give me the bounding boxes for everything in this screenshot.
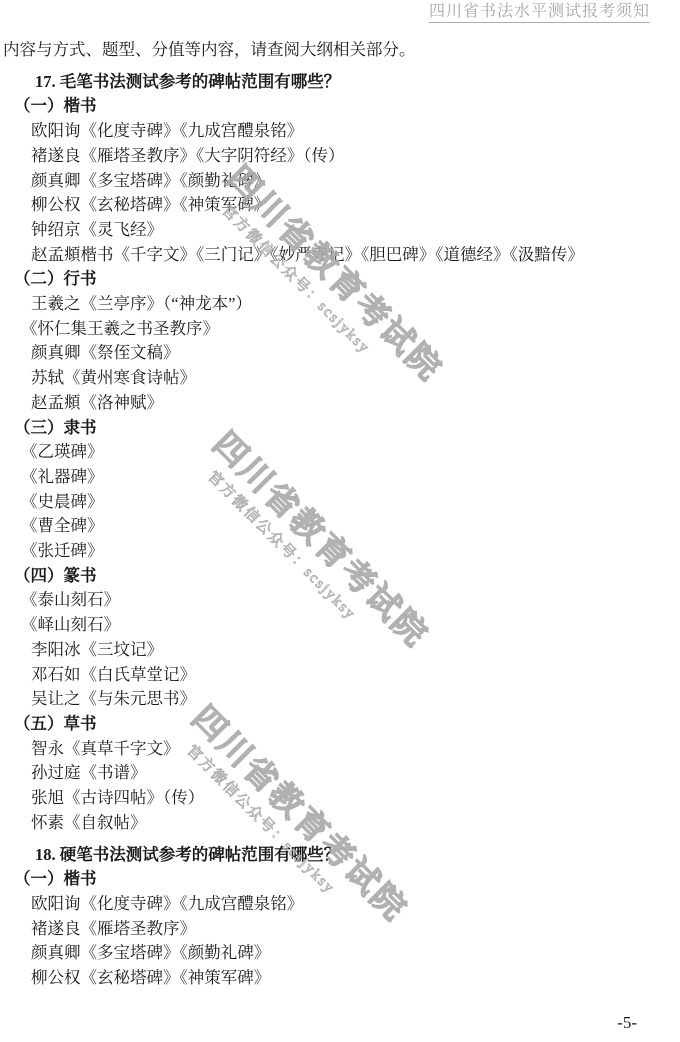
page-container: 四川省书法水平测试报考须知 内容与方式、题型、分值等内容，请查阅大纲相关部分。1… [0, 0, 680, 1042]
reference-line: 《泰山刻石》 [0, 588, 680, 613]
paragraph-continuation: 内容与方式、题型、分值等内容，请查阅大纲相关部分。 [0, 38, 680, 63]
reference-line: 赵孟頫《洛神赋》 [0, 391, 680, 416]
question-heading: 17. 毛笔书法测试参考的碑帖范围有哪些？ [0, 70, 680, 95]
section-heading: （三）隶书 [0, 416, 680, 441]
reference-line: 赵孟頫楷书《千字文》《三门记》《妙严寺记》《胆巴碑》《道德经》《汲黯传》 [0, 243, 680, 268]
reference-line: 《礼器碑》 [0, 465, 680, 490]
section-heading: （一）楷书 [0, 867, 680, 892]
reference-line: 孙过庭《书谱》 [0, 761, 680, 786]
reference-line: 苏轼《黄州寒食诗帖》 [0, 366, 680, 391]
reference-line: 邓石如《白氏草堂记》 [0, 663, 680, 688]
reference-line: 欧阳询《化度寺碑》《九成宫醴泉铭》 [0, 119, 680, 144]
reference-line: 《峄山刻石》 [0, 613, 680, 638]
reference-line: 李阳冰《三坟记》 [0, 638, 680, 663]
reference-line: 吴让之《与朱元思书》 [0, 687, 680, 712]
question-heading: 18. 硬笔书法测试参考的碑帖范围有哪些？ [0, 843, 680, 868]
reference-line: 怀素《自叙帖》 [0, 811, 680, 836]
document-body: 内容与方式、题型、分值等内容，请查阅大纲相关部分。17. 毛笔书法测试参考的碑帖… [0, 38, 680, 991]
page-number: -5- [617, 1013, 637, 1033]
page-header: 四川省书法水平测试报考须知 [429, 3, 650, 23]
reference-line: 智永《真草千字文》 [0, 737, 680, 762]
reference-line: 柳公权《玄秘塔碑》《神策军碑》 [0, 966, 680, 991]
reference-line: 颜真卿《祭侄文稿》 [0, 341, 680, 366]
reference-line: 《史晨碑》 [0, 490, 680, 515]
reference-line: 欧阳询《化度寺碑》《九成宫醴泉铭》 [0, 892, 680, 917]
reference-line: 《乙瑛碑》 [0, 440, 680, 465]
reference-line: 《曹全碑》 [0, 514, 680, 539]
section-heading: （五）草书 [0, 712, 680, 737]
reference-line: 颜真卿《多宝塔碑》《颜勤礼碑》 [0, 941, 680, 966]
reference-line: 王羲之《兰亭序》（“神龙本”） [0, 292, 680, 317]
section-heading: （一）楷书 [0, 94, 680, 119]
reference-line: 张旭《古诗四帖》（传） [0, 786, 680, 811]
reference-line: 《张迁碑》 [0, 539, 680, 564]
reference-line: 钟绍京《灵飞经》 [0, 218, 680, 243]
reference-line: 褚遂良《雁塔圣教序》 [0, 917, 680, 942]
reference-line: 柳公权《玄秘塔碑》《神策军碑》 [0, 193, 680, 218]
section-heading: （二）行书 [0, 267, 680, 292]
reference-line: 《怀仁集王羲之书圣教序》 [0, 317, 680, 342]
reference-line: 褚遂良《雁塔圣教序》《大字阴符经》（传） [0, 144, 680, 169]
reference-line: 颜真卿《多宝塔碑》《颜勤礼碑》 [0, 169, 680, 194]
header-title: 四川省书法水平测试报考须知 [429, 4, 650, 23]
section-heading: （四）篆书 [0, 564, 680, 589]
